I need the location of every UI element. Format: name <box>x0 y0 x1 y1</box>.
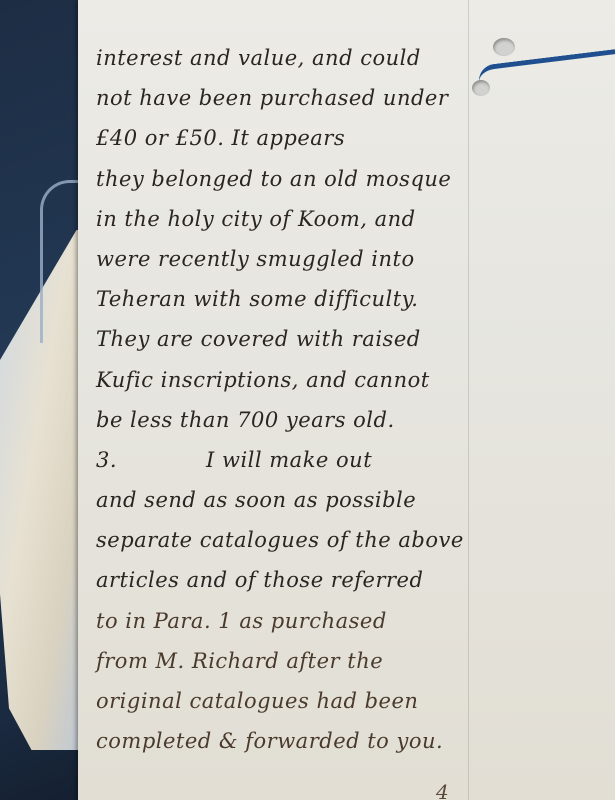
letter-page: interest and value, and could not have b… <box>78 0 615 800</box>
text-line: They are covered with raised <box>96 319 506 359</box>
text-line: be less than 700 years old. <box>96 400 506 440</box>
text-line: not have been purchased under <box>96 78 506 118</box>
text-line: original catalogues had been <box>96 681 506 721</box>
text-line: interest and value, and could <box>96 38 506 78</box>
text-line: were recently smuggled into <box>96 239 506 279</box>
text-line: in the holy city of Koom, and <box>96 199 506 239</box>
text-line: separate catalogues of the above <box>96 520 506 560</box>
text-line: £40 or £50. It appears <box>96 118 506 158</box>
text-line: and send as soon as possible <box>96 480 506 520</box>
paragraph-3-heading: 3.I will make out <box>96 440 506 480</box>
paragraph-number: 3. <box>96 440 206 480</box>
text-line: I will make out <box>206 448 372 472</box>
text-line: to in Para. 1 as purchased <box>96 601 506 641</box>
handwritten-text: interest and value, and could not have b… <box>96 38 506 761</box>
text-line: completed & forwarded to you. <box>96 721 506 761</box>
text-line: articles and of those referred <box>96 560 506 600</box>
text-line: Kufic inscriptions, and cannot <box>96 360 506 400</box>
plastic-sleeve-edge <box>40 180 83 343</box>
text-line: from M. Richard after the <box>96 641 506 681</box>
text-line: they belonged to an old mosque <box>96 159 506 199</box>
text-line: Teheran with some difficulty. <box>96 279 506 319</box>
page-number: 4 <box>436 780 449 800</box>
